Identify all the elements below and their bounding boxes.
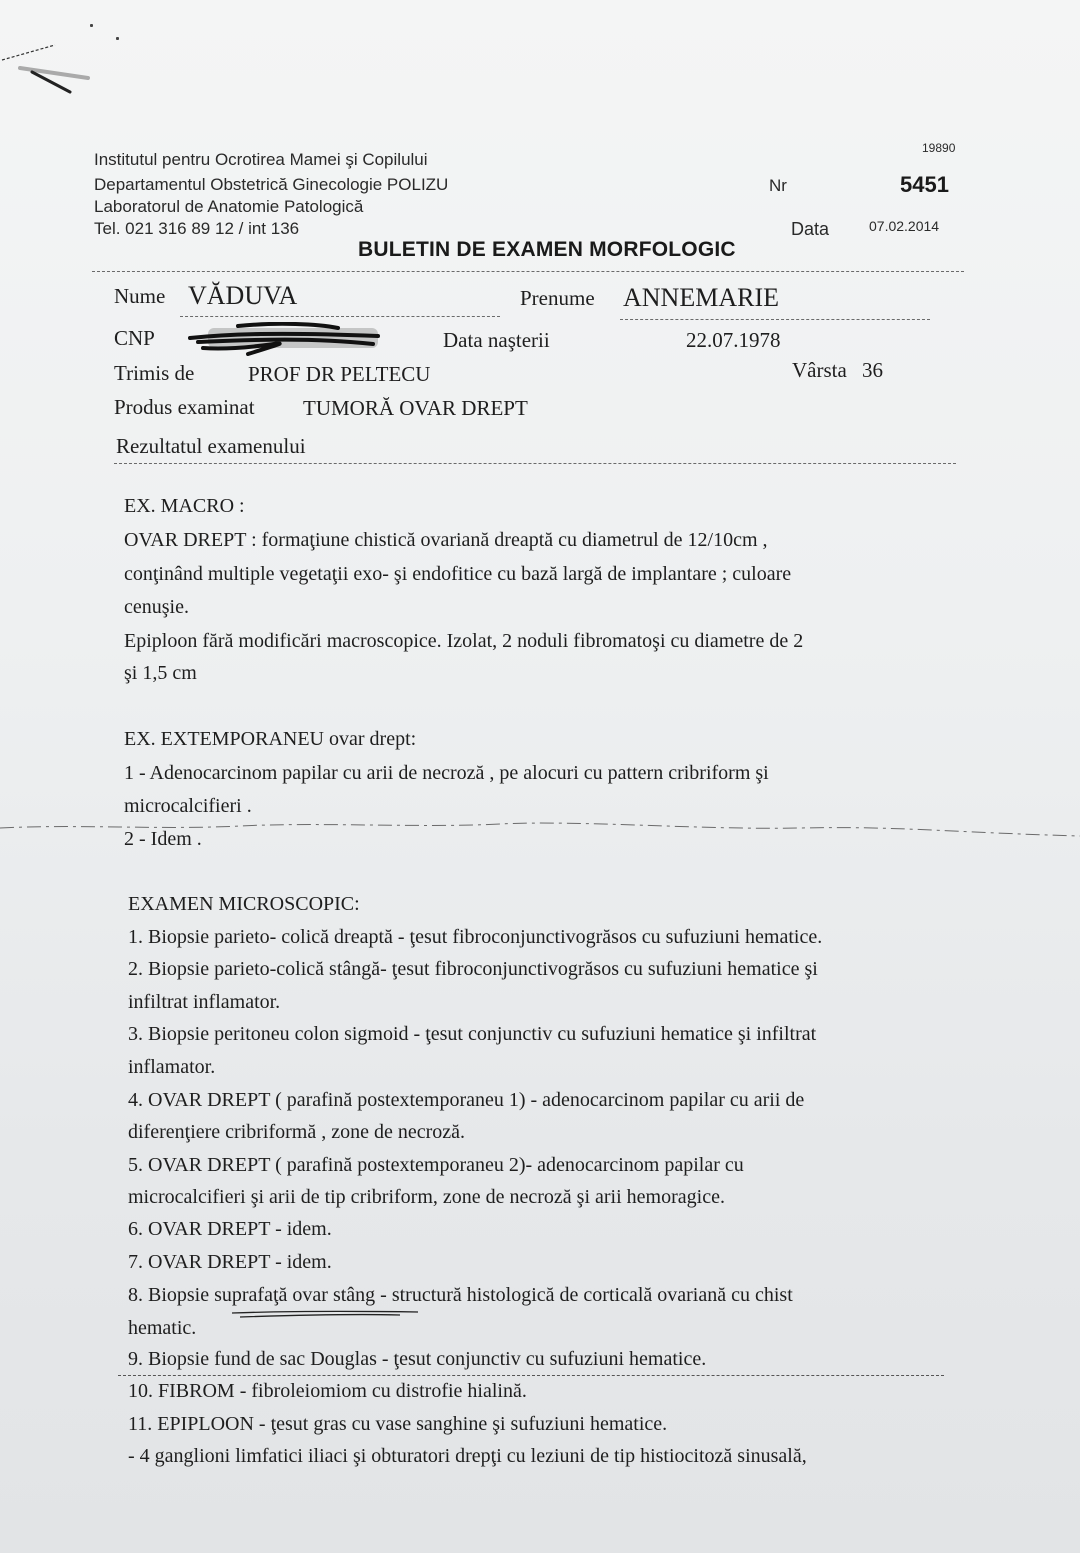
nume-value: VĂDUVA bbox=[188, 281, 297, 311]
institution-name: Institutul pentru Ocrotirea Mamei şi Cop… bbox=[94, 151, 428, 168]
macro-line: conţinând multiple vegetaţii exo- şi end… bbox=[124, 563, 791, 586]
divider bbox=[114, 463, 956, 464]
microscopic-line: inflamator. bbox=[128, 1056, 215, 1079]
extemporaneu-line: 1 - Adenocarcinom papilar cu arii de nec… bbox=[124, 762, 769, 785]
microscopic-line: 3. Biopsie peritoneu colon sigmoid - ţes… bbox=[128, 1023, 816, 1046]
page-title: BULETIN DE EXAMEN MORFOLOGIC bbox=[358, 238, 736, 262]
speck bbox=[116, 37, 119, 40]
extemporaneu-line: 2 - Idem . bbox=[124, 828, 202, 851]
microscopic-line: 4. OVAR DREPT ( parafină postextemporane… bbox=[128, 1089, 804, 1112]
macro-heading: EX. MACRO : bbox=[124, 495, 245, 518]
microscopic-line: 11. EPIPLOON - ţesut gras cu vase sanghi… bbox=[128, 1413, 667, 1436]
microscopic-heading: EXAMEN MICROSCOPIC: bbox=[128, 893, 360, 916]
data-nasterii-value: 22.07.1978 bbox=[686, 328, 781, 353]
cnp-redaction-scribble bbox=[188, 322, 388, 356]
produs-examinat-label: Produs examinat bbox=[114, 395, 255, 420]
trimis-de-label: Trimis de bbox=[114, 361, 194, 386]
macro-line: cenuşie. bbox=[124, 596, 189, 619]
laboratory-name: Laboratorul de Anatomie Patologică bbox=[94, 198, 363, 215]
phone-number: Tel. 021 316 89 12 / int 136 bbox=[94, 220, 299, 237]
nr-label: Nr bbox=[769, 176, 787, 196]
extemporaneu-heading: EX. EXTEMPORANEU ovar drept: bbox=[124, 728, 416, 751]
macro-line: OVAR DREPT : formaţiune chistică ovarian… bbox=[124, 529, 768, 552]
varsta-label: Vârsta bbox=[792, 358, 847, 383]
speck bbox=[90, 24, 93, 27]
nume-label: Nume bbox=[114, 284, 165, 309]
macro-line: Epiploon fără modificări macroscopice. I… bbox=[124, 630, 803, 653]
trimis-de-value: PROF DR PELTECU bbox=[248, 362, 430, 387]
microscopic-line: hematic. bbox=[128, 1317, 196, 1340]
microscopic-line: 8. Biopsie suprafaţă ovar stâng - struct… bbox=[128, 1284, 793, 1307]
microscopic-line: 7. OVAR DREPT - idem. bbox=[128, 1251, 332, 1274]
microscopic-line: 6. OVAR DREPT - idem. bbox=[128, 1218, 332, 1241]
microscopic-line: 10. FIBROM - fibroleiomiom cu distrofie … bbox=[128, 1380, 527, 1403]
macro-line: şi 1,5 cm bbox=[124, 662, 197, 685]
divider bbox=[620, 319, 930, 320]
department-name: Departamentul Obstetrică Ginecologie POL… bbox=[94, 176, 448, 193]
divider bbox=[118, 1375, 944, 1376]
registry-number: 19890 bbox=[922, 141, 955, 155]
rezultat-label: Rezultatul examenului bbox=[116, 434, 306, 459]
prenume-value: ANNEMARIE bbox=[623, 283, 779, 313]
nr-value: 5451 bbox=[900, 172, 949, 198]
data-label: Data bbox=[791, 219, 829, 240]
varsta-value: 36 bbox=[862, 358, 883, 383]
microscopic-line: 1. Biopsie parieto- colică dreaptă - ţes… bbox=[128, 926, 822, 949]
cnp-label: CNP bbox=[114, 326, 155, 351]
extemporaneu-line: microcalcifieri . bbox=[124, 795, 252, 818]
prenume-label: Prenume bbox=[520, 286, 595, 311]
data-value: 07.02.2014 bbox=[869, 218, 939, 234]
microscopic-line: diferenţiere cribriformă , zone de necro… bbox=[128, 1121, 465, 1144]
handwritten-underline bbox=[230, 1309, 420, 1319]
divider bbox=[180, 316, 500, 317]
staple-mark bbox=[0, 30, 110, 100]
microscopic-line: microcalcifieri şi arii de tip cribrifor… bbox=[128, 1186, 725, 1209]
microscopic-line: infiltrat inflamator. bbox=[128, 991, 280, 1014]
microscopic-line: 9. Biopsie fund de sac Douglas - ţesut c… bbox=[128, 1348, 706, 1371]
produs-examinat-value: TUMORĂ OVAR DREPT bbox=[303, 396, 528, 421]
microscopic-line: - 4 ganglioni limfatici iliaci şi obtura… bbox=[128, 1445, 807, 1468]
data-nasterii-label: Data naşterii bbox=[443, 328, 550, 353]
microscopic-line: 2. Biopsie parieto-colică stângă- ţesut … bbox=[128, 958, 818, 981]
microscopic-line: 5. OVAR DREPT ( parafină postextemporane… bbox=[128, 1154, 744, 1177]
divider bbox=[92, 271, 964, 272]
